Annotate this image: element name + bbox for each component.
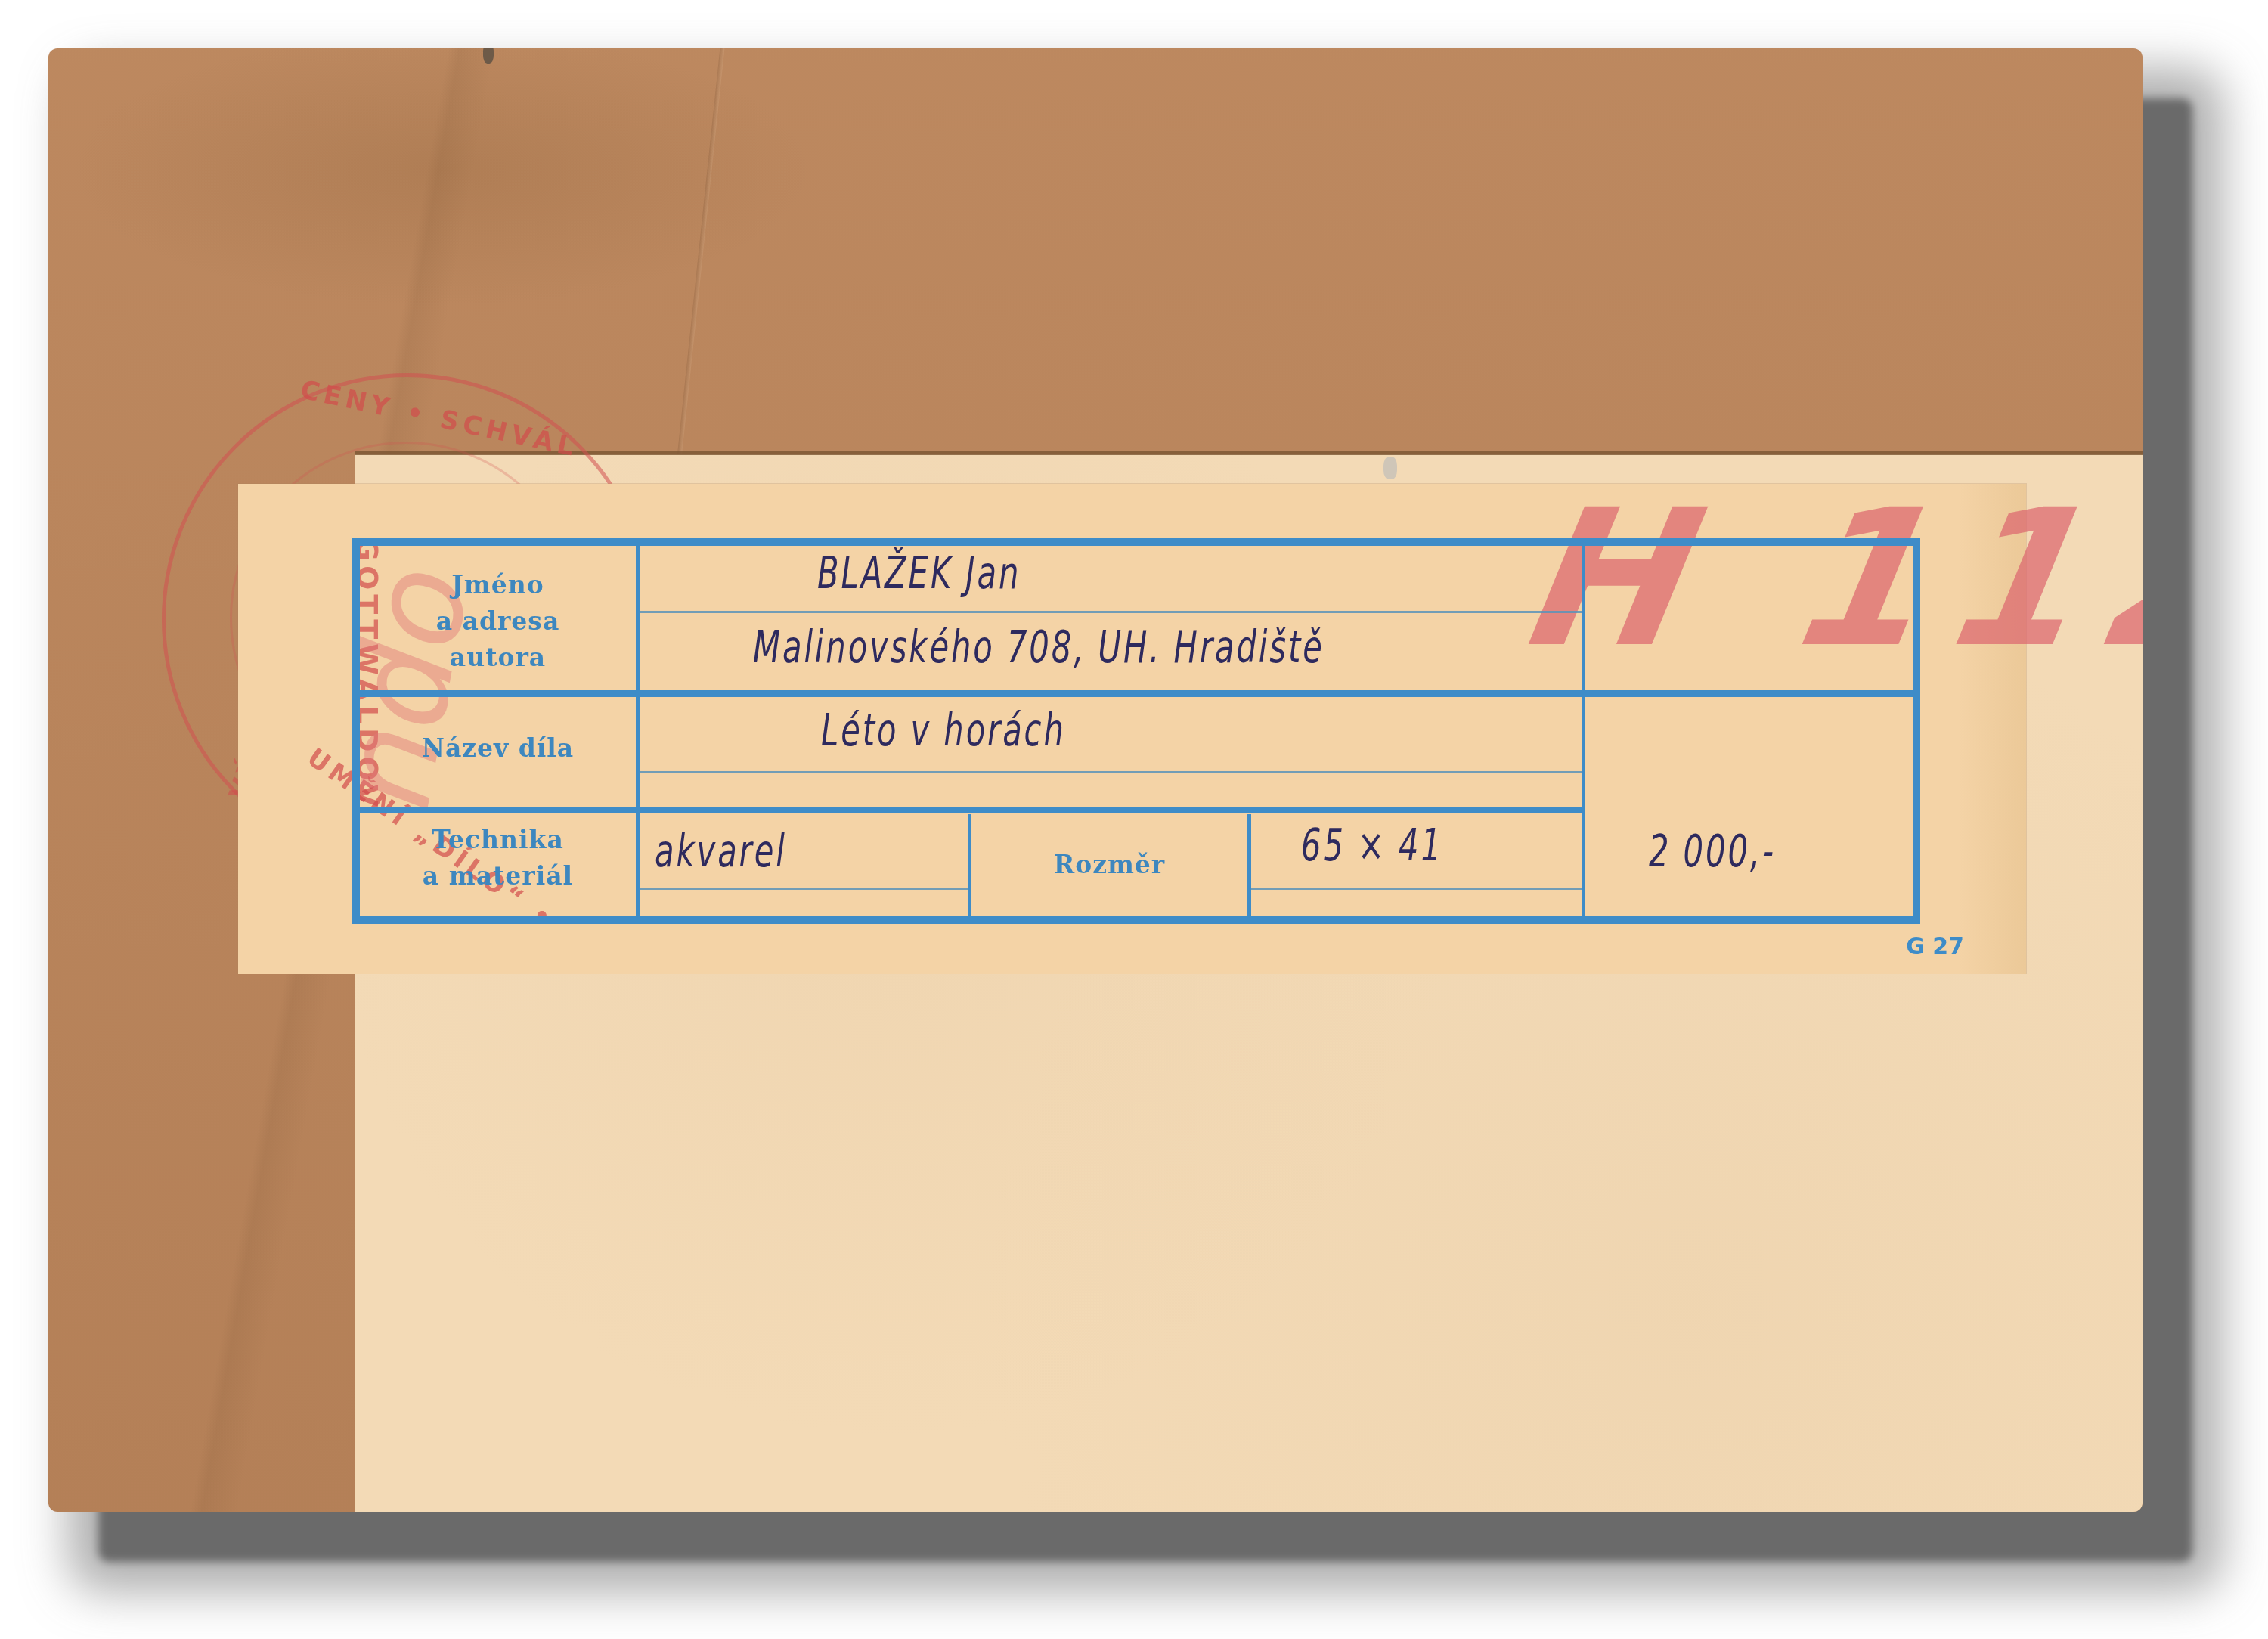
kraft-flap-edge [355,451,2143,455]
artwork-title-value: Léto v horách [821,705,1066,756]
author-address-value: Malinovského 708, UH. Hradiště [753,621,1325,673]
form-code: G 27 [1906,934,1964,960]
price-value: 2 000,- [1649,826,1776,877]
technique-label-line-1: Technika [360,822,636,858]
col-divider-price [1582,546,1585,916]
label-form-table: Jméno a adresa autora Název díla Technik… [352,538,1920,924]
author-label-line-2: a adresa [360,603,636,640]
col-divider-label [636,546,640,916]
exhibition-label: GOTTWALDOV UMĚNÍ „DÍLO“ • ndo H 112 Jmén… [238,484,2026,974]
row-divider-2 [360,807,1582,813]
size-field-label: Rozměr [971,847,1247,883]
author-field-label: Jméno a adresa autora [360,567,636,676]
col-divider-size-value [1247,814,1251,916]
technique-field-label: Technika a materiál [360,822,636,894]
artwork-back-board: CENY • SCHVÁL VÝTVARNÉHO GOTTWALDOV UMĚN… [48,48,2143,1512]
title-field-label: Název díla [360,730,636,767]
writing-line-title [640,771,1582,773]
writing-line-technique [640,888,968,890]
author-name-value: BLAŽEK Jan [817,547,1021,599]
writing-line-name [640,611,1582,613]
author-label-line-1: Jméno [360,567,636,603]
nail-icon [483,48,494,64]
writing-line-size [1251,888,1582,890]
technique-label-line-2: a materiál [360,858,636,894]
size-value: 65 × 41 [1301,819,1443,871]
author-label-line-3: autora [360,640,636,676]
tack-icon [1383,457,1397,479]
technique-value: akvarel [655,826,787,877]
row-divider-1 [360,690,1913,697]
